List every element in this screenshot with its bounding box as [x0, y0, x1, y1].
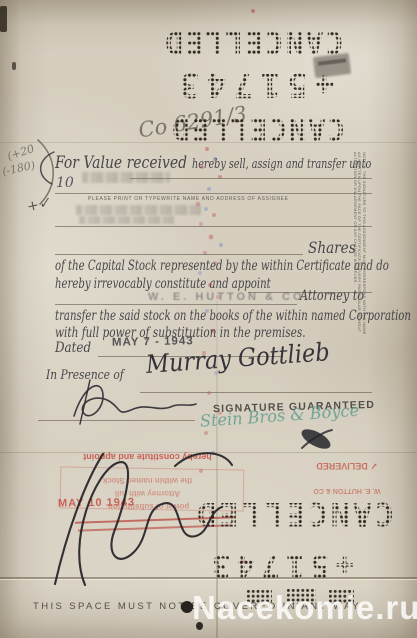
- form-constitute: hereby irrevocably constitute and appoin…: [55, 276, 271, 292]
- cancelled-perforation-bottom: CANCELLED: [194, 495, 394, 533]
- number-perforation-bottom: +51743: [206, 547, 354, 583]
- ink-blot: [292, 424, 338, 454]
- form-line: [55, 304, 297, 305]
- stock-certificate-back: CANCELLED +51743 CANCELLED Co 6291/3 (+2…: [0, 0, 417, 638]
- notice-line: ALTERATION OR ENLARGEMENT OR ANY CHANGE …: [352, 152, 357, 382]
- vertical-notice: NOTICE: THE SIGNATURE TO THIS ASSIGNMENT…: [352, 152, 366, 382]
- form-capital-stock: of the Capital Stock represented by the …: [55, 258, 389, 274]
- notice-line: NOTICE: THE SIGNATURE TO THIS ASSIGNMENT…: [361, 152, 366, 382]
- edge-mark: [0, 6, 7, 32]
- handwritten-tick: +✓: [26, 195, 52, 216]
- form-shares-label: Shares: [308, 238, 356, 257]
- attorney-stamp: W. E. HUTTON & CO.: [148, 291, 311, 303]
- form-assignee-hint: PLEASE PRINT OR TYPEWRITE NAME AND ADDRE…: [88, 196, 289, 202]
- witness-signature: [60, 372, 200, 427]
- cancelled-perforation-mid: CANCELLED: [170, 112, 345, 146]
- site-watermark: Nacekomie.ru: [192, 589, 417, 627]
- cancelled-perforation-top: CANCELLED: [163, 24, 344, 59]
- form-line: [55, 193, 372, 194]
- handwritten-quantity: 10: [56, 175, 74, 191]
- form-line: [55, 254, 303, 255]
- pencil-margin-note-2: (-180): [1, 159, 36, 179]
- form-sell-assign: hereby sell, assign and transfer unto: [192, 157, 371, 172]
- form-dated-label: Dated: [55, 340, 91, 356]
- ink-speckles: [0, 0, 2, 2]
- red-delivered-stamp: ✓ DELIVERED W. E. HUTTON & CO: [288, 460, 406, 494]
- delivered-line: ✓ DELIVERED: [288, 460, 406, 471]
- faded-stamp: [82, 172, 170, 183]
- edge-mark: [12, 62, 16, 70]
- number-perforation-top: +51743: [173, 66, 334, 105]
- faded-stamp: [76, 205, 201, 215]
- faded-stamp: [79, 216, 174, 224]
- form-value-received: For Value received: [55, 153, 187, 173]
- form-line: [55, 226, 372, 227]
- delivered-firm-line: W. E. HUTTON & CO: [288, 487, 406, 494]
